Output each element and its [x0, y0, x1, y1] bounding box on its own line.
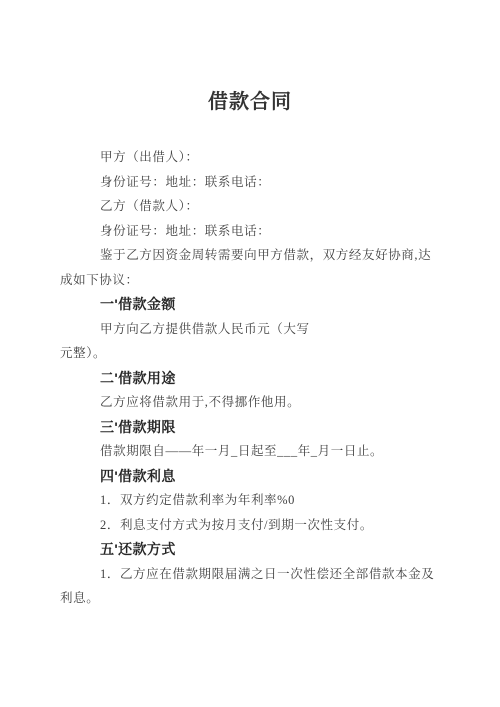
section-heading: 二'借款用途 — [60, 366, 445, 391]
document-line: 2．利息支付方式为按月支付/到期一次性支付。 — [60, 513, 445, 538]
section-heading: 五'还款方式 — [60, 537, 445, 562]
document-line: 身份证号：地址：联系电话： — [60, 170, 445, 195]
document-body: 甲方（出借人）：身份证号：地址：联系电话：乙方（借款人）：身份证号：地址：联系电… — [60, 145, 445, 611]
section-heading: 三'借款期限 — [60, 415, 445, 440]
document-line: 利息。 — [60, 586, 445, 611]
document-line: 1．乙方应在借款期限届满之日一次性偿还全部借款本金及 — [60, 562, 445, 587]
document-page: 借款合同 甲方（出借人）：身份证号：地址：联系电话：乙方（借款人）：身份证号：地… — [0, 0, 500, 707]
document-line: 甲方向乙方提供借款人民币元（大写 — [60, 317, 445, 342]
document-line: 鉴于乙方因资金周转需要向甲方借款，双方经友好协商,达 — [60, 243, 445, 268]
section-heading: 一'借款金额 — [60, 292, 445, 317]
document-line: 身份证号：地址：联系电话： — [60, 219, 445, 244]
document-line: 甲方（出借人）： — [60, 145, 445, 170]
document-line: 乙方（借款人）： — [60, 194, 445, 219]
document-line: 借款期限自——年一月_日起至___年_月一日止。 — [60, 439, 445, 464]
document-line: 乙方应将借款用于,不得挪作他用。 — [60, 390, 445, 415]
document-title: 借款合同 — [0, 85, 500, 114]
section-heading: 四'借款利息 — [60, 464, 445, 489]
document-line: 1．双方约定借款利率为年利率%0 — [60, 488, 445, 513]
document-line: 元整）。 — [60, 341, 445, 366]
document-line: 成如下协议： — [60, 268, 445, 293]
